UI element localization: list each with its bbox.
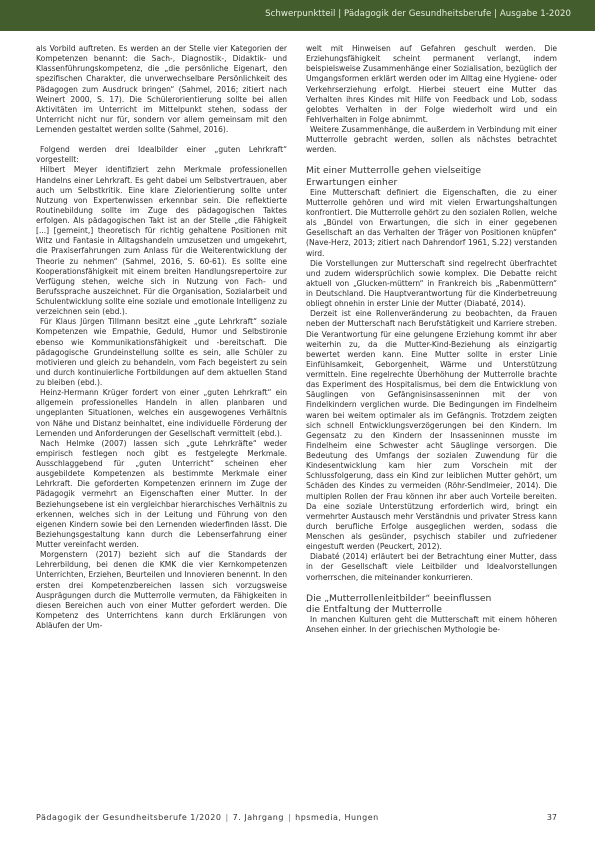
running-header-bar: Schwerpunktteil | Pädagogik der Gesundhe… <box>0 0 595 31</box>
page-footer: Pädagogik der Gesundheitsberufe 1/2020|7… <box>36 813 557 822</box>
footer-volume: 7. Jahrgang <box>233 813 284 822</box>
paragraph: Weitere Zusammenhänge, die außerdem in V… <box>306 125 557 155</box>
footer-separator: | <box>225 813 228 822</box>
paragraph: Eine Mutterschaft definiert die Eigensch… <box>306 188 557 259</box>
section-heading-line: Die „Mutterrollenleitbilder“ beeinflusse… <box>306 593 491 604</box>
paragraph: Nach Helmke (2007) lassen sich „gute Leh… <box>36 439 287 550</box>
paragraph: Folgend werden drei Idealbilder einer „g… <box>36 145 287 165</box>
footer-publisher: hpsmedia, Hungen <box>295 813 379 822</box>
paragraph: Hilbert Meyer identifiziert zehn Merkmal… <box>36 165 287 317</box>
section-heading-mutterrollenleitbilder: Die „Mutterrollenleitbilder“ beeinflusse… <box>306 593 557 615</box>
paragraph: Für Klaus Jürgen Tillmann besitzt eine „… <box>36 317 287 388</box>
paragraph: Derzeit ist eine Rollenveränderung zu be… <box>306 309 557 552</box>
running-header-title: Schwerpunktteil | Pädagogik der Gesundhe… <box>265 9 571 19</box>
right-text-column: welt mit Hinweisen auf Gefahren geschult… <box>306 44 557 635</box>
left-text-column: als Vorbild auftreten. Es werden an der … <box>36 44 287 631</box>
paragraph: welt mit Hinweisen auf Gefahren geschult… <box>306 44 557 125</box>
paragraph: Die Vorstellungen zur Mutterschaft sind … <box>306 259 557 310</box>
page-number: 37 <box>547 813 557 822</box>
section-heading-line: die Entfaltung der Mutterrolle <box>306 604 442 615</box>
footer-separator: | <box>288 813 291 822</box>
paragraph: Morgenstern (2017) bezieht sich auf die … <box>36 550 287 631</box>
section-heading-line: Erwartungen einher <box>306 177 397 188</box>
paragraph: In manchen Kulturen geht die Mutterschaf… <box>306 615 557 635</box>
paragraph: Heinz-Hermann Krüger fordert von einer „… <box>36 388 287 439</box>
paragraph: Diabaté (2014) erläutert bei der Betrach… <box>306 552 557 582</box>
section-heading-line: Mit einer Mutterrolle gehen vielseitige <box>306 165 481 176</box>
paragraph: als Vorbild auftreten. Es werden an der … <box>36 44 287 135</box>
footer-journal: Pädagogik der Gesundheitsberufe 1/2020 <box>36 813 221 822</box>
section-heading-mutterrolle-erwartungen: Mit einer Mutterrolle gehen vielseitige … <box>306 165 557 187</box>
